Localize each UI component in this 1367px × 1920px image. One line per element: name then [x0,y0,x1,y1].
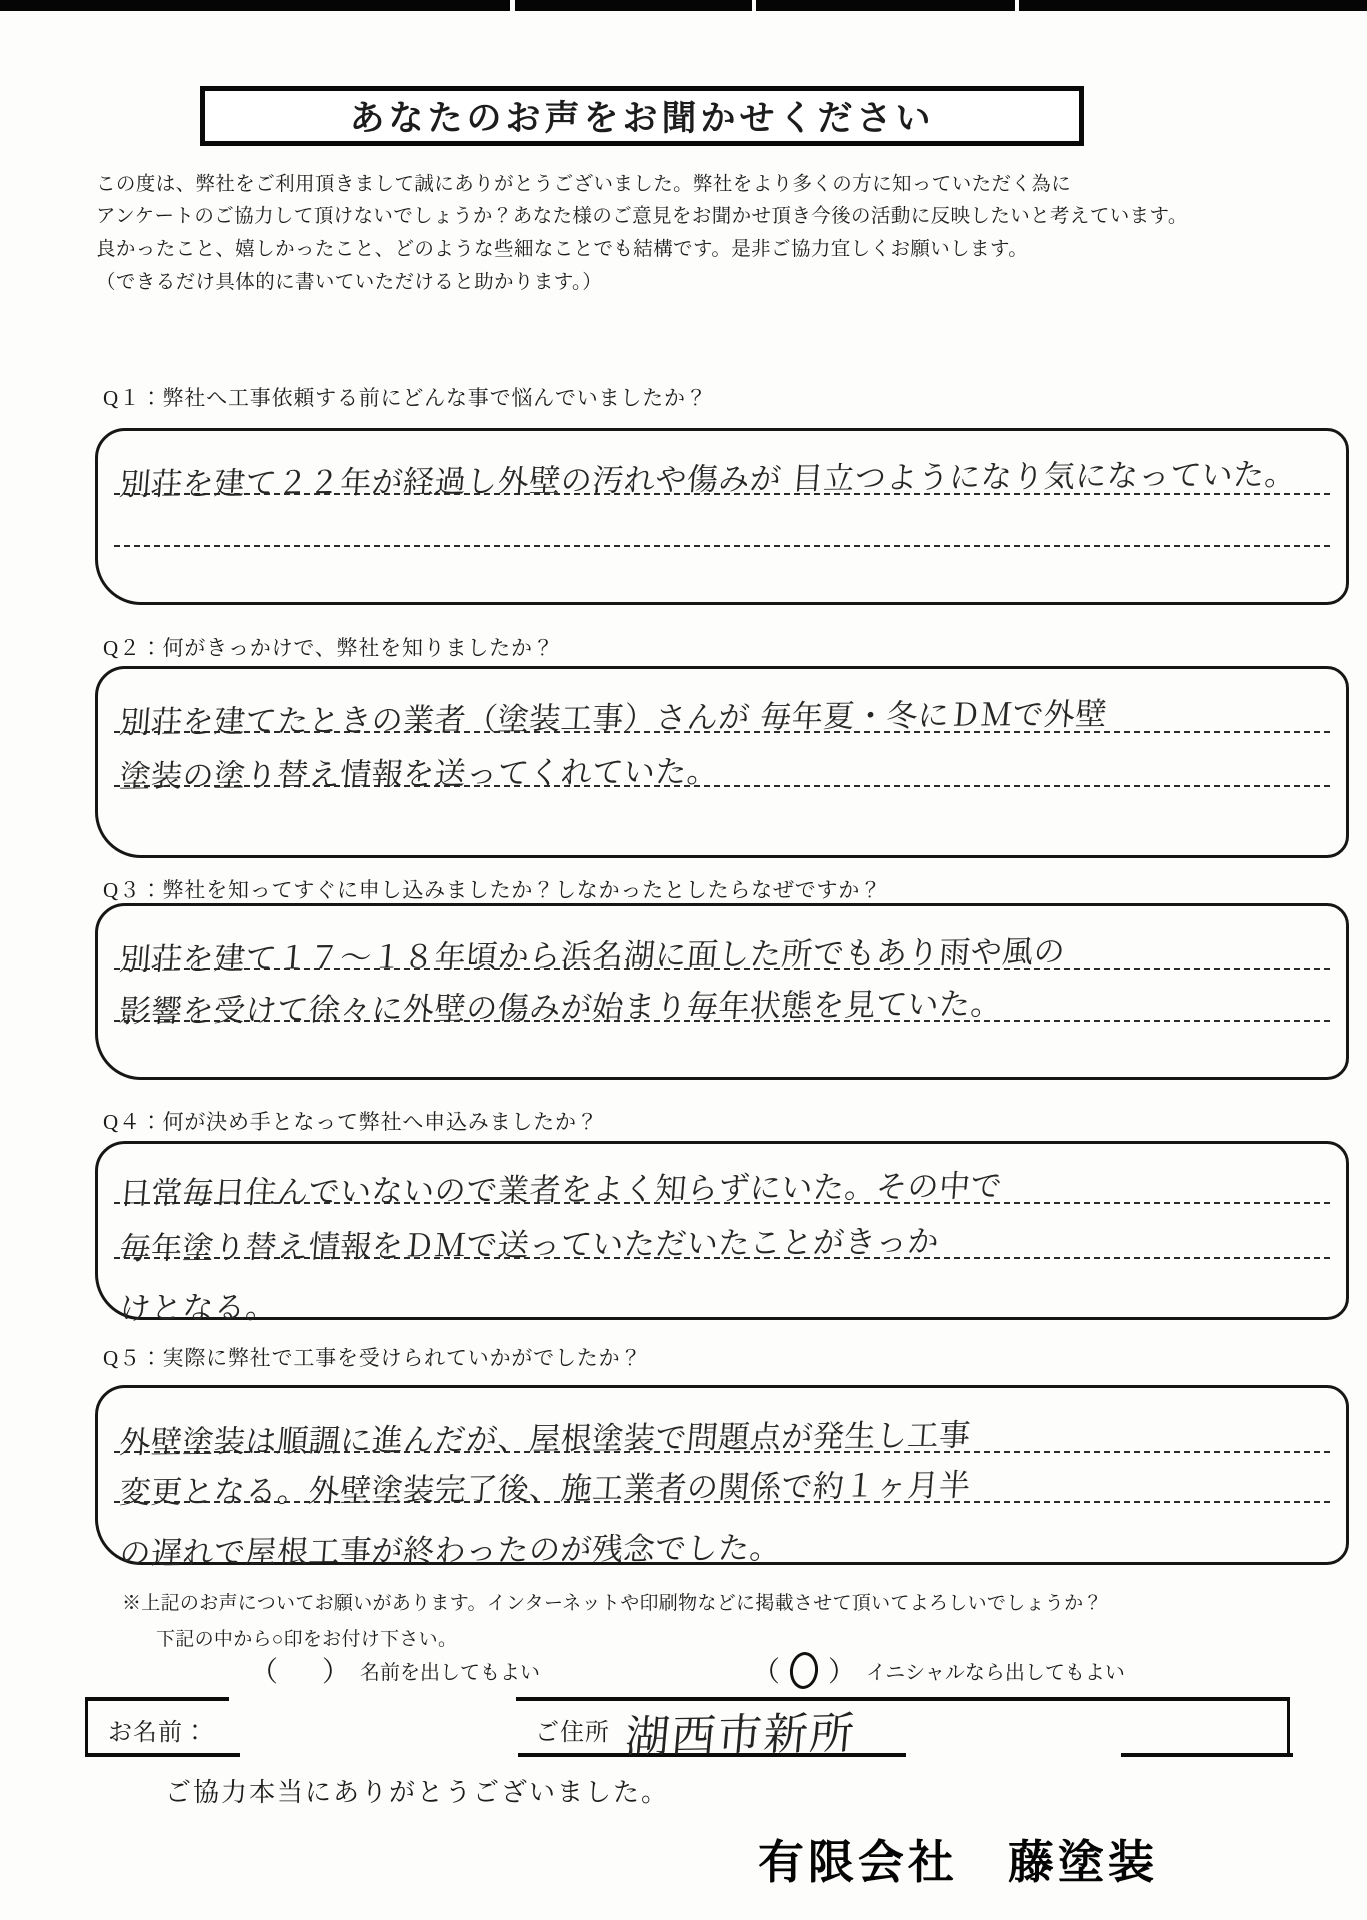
question-1-answer-box: 別荘を建て２２年が経過し外壁の汚れや傷みが 目立つようになり気になっていた。 [95,428,1349,605]
handwritten-address: 湖西市新所 [623,1697,859,1765]
answer-line: 外壁塗装は順調に進んだが、屋根塗装で問題点が発生し工事 [114,1388,1330,1453]
signature-row: お名前： ご住所 湖西市新所 [85,1697,1290,1757]
publish-consent-note: ※上記のお声についてお願いがあります。インターネットや印刷物などに掲載させて頂い… [122,1588,1103,1615]
answer-line: けとなる。 [114,1259,1330,1317]
right-underline [1121,1753,1293,1757]
scan-gap [229,1697,516,1701]
intro-line-4: （できるだけ具体的に書いていただけると助かります。） [96,266,602,294]
answer-line: 塗装の塗り替え情報を送ってくれていた。 [114,733,1330,787]
question-3-answer-box: 別荘を建て１７～１８年頃から浜名湖に面した所でもあり雨や風の 影響を受けて徐々に… [95,903,1349,1080]
question-4-label: Q４：何が決め手となって弊社へ申込みましたか？ [103,1106,599,1136]
question-4-handwritten-answer-3: けとなる。 [118,1282,279,1328]
question-2-label: Q２：何がきっかけで、弊社を知りましたか？ [103,632,555,662]
consent-option-name-ok-label: 名前を出してもよい [360,1656,540,1685]
intro-line-1: この度は、弊社をご利用頂きまして誠にありがとうございました。弊社をより多くの方に… [96,168,1071,196]
question-5-handwritten-answer-3: の遅れで屋根工事が終わったのが残念でした。 [118,1522,783,1573]
handwritten-circle-mark [788,1650,820,1690]
scan-artifact-top-bar [0,0,1367,11]
publish-consent-instruction: 下記の中から○印をお付け下さい。 [156,1624,457,1651]
scan-notch [510,0,515,11]
page-title: あなたのお声をお聞かせください [349,91,934,141]
consent-option-initial-ok-label: イニシャルなら出してもよい [866,1656,1125,1685]
scanned-survey-page: あなたのお声をお聞かせください この度は、弊社をご利用頂きまして誠にありがとうご… [0,0,1367,1920]
address-label: ご住所 [535,1712,610,1747]
question-3-handwritten-answer-2: 影響を受けて徐々に外壁の傷みが始まり毎年状態を見ていた。 [118,978,1004,1031]
title-box: あなたのお声をお聞かせください [200,86,1084,146]
answer-line: 毎年塗り替え情報をＤＭで送っていただいたことがきっか [114,1204,1330,1259]
answer-line [114,495,1330,547]
question-3-label: Q３：弊社を知ってすぐに申し込みましたか？しなかったとしたらなぜですか？ [103,874,882,904]
scan-notch [1015,0,1019,11]
close-paren: ） [322,1650,350,1690]
answer-line: 別荘を建て２２年が経過し外壁の汚れや傷みが 目立つようになり気になっていた。 [114,431,1330,495]
thanks-message: ご協力本当にありがとうございました。 [165,1772,669,1809]
answer-line: の遅れで屋根工事が終わったのが残念でした。 [114,1503,1330,1562]
company-name: 有限会社 藤塗装 [758,1826,1158,1892]
close-paren: ） [828,1650,856,1690]
question-1-label: Q１：弊社へ工事依頼する前にどんな事で悩んでいましたか？ [103,382,708,412]
question-5-label: Q５：実際に弊社で工事を受けられていかがでしたか？ [103,1342,642,1372]
name-underline [88,1753,240,1757]
answer-line: 別荘を建て１７～１８年頃から浜名湖に面した所でもあり雨や風の [114,906,1330,970]
open-paren: （ [752,1650,780,1690]
name-label: お名前： [108,1712,208,1747]
answer-line: 別荘を建てたときの業者（塗装工事）さんが 毎年夏・冬にＤＭで外壁 [114,669,1330,733]
answer-line: 日常毎日住んでいないので業者をよく知らずにいた。その中で [114,1144,1330,1204]
question-2-handwritten-answer-2: 塗装の塗り替え情報を送ってくれていた。 [118,746,720,796]
intro-line-3: 良かったこと、嬉しかったこと、どのような些細なことでも結構です。是非ご協力宜しく… [96,233,1028,261]
scan-notch [752,0,756,11]
question-4-answer-box: 日常毎日住んでいないので業者をよく知らずにいた。その中で 毎年塗り替え情報をＤＭ… [95,1141,1349,1320]
consent-option-initial-ok: （ ） イニシャルなら出してもよい [752,1650,1125,1690]
answer-line: 影響を受けて徐々に外壁の傷みが始まり毎年状態を見ていた。 [114,970,1330,1022]
answer-line: 変更となる。外壁塗装完了後、施工業者の関係で約１ヶ月半 [114,1453,1330,1504]
question-5-answer-box: 外壁塗装は順調に進んだが、屋根塗装で問題点が発生し工事 変更となる。外壁塗装完了… [95,1385,1349,1565]
open-paren: （ [250,1650,278,1690]
question-2-answer-box: 別荘を建てたときの業者（塗装工事）さんが 毎年夏・冬にＤＭで外壁 塗装の塗り替え… [95,666,1349,858]
intro-line-2: アンケートのご協力して頂けないでしょうか？あなた様のご意見をお聞かせ頂き今後の活… [96,200,1188,228]
consent-option-name-ok: （ ） 名前を出してもよい [250,1650,540,1690]
